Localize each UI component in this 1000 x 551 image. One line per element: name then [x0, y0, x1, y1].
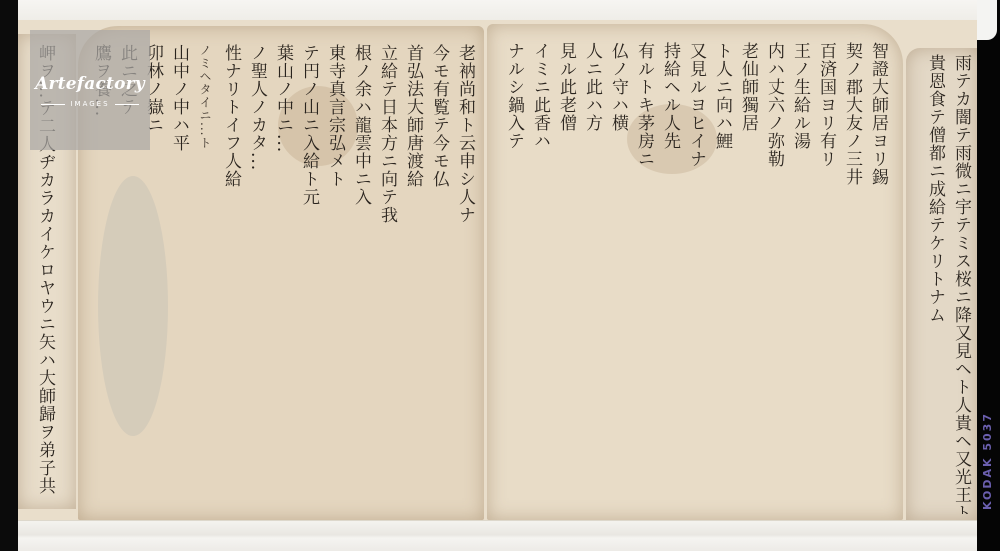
manuscript-column: 東寺真言宗弘メト	[322, 44, 348, 494]
watermark-rule-right	[115, 104, 139, 105]
manuscript-column: 老衲尚和ト云申シ人ナ	[452, 44, 478, 464]
left-black-border	[0, 0, 18, 551]
mount-top-edge	[18, 0, 977, 20]
film-edge-label: KODAK 5037	[981, 330, 995, 510]
manuscript-column: ナルシ鍋入テ	[501, 42, 527, 492]
artefactory-watermark: Artefactory IMAGES	[30, 30, 150, 150]
manuscript-column: テ円ノ山ニ入給ト元	[296, 44, 322, 494]
manuscript-column: 見ル此老僧	[553, 42, 579, 492]
manuscript-column: 今モ有覧テ今モ仏	[426, 44, 452, 484]
manuscript-column: 内ハ丈六ノ弥勒	[761, 42, 787, 492]
manuscript-column: ノミヘタイニ...ト	[192, 44, 218, 494]
manuscript-column: 持給ヘル人先	[657, 42, 683, 492]
manuscript-column: 人ニ此ハ方	[579, 42, 605, 492]
manuscript-column: 有ルトキ茅房ニ	[631, 42, 657, 492]
manuscript-column: 首弘法大師唐渡給	[400, 44, 426, 494]
manuscript-sheet-right: 智證大師居ヨリ錫 契ノ郡大友ノ三井 百済国ヨリ有リ 王ノ生給ル湯 内ハ丈六ノ弥勒…	[487, 24, 903, 520]
manuscript-column: 契ノ郡大友ノ三井	[839, 42, 865, 492]
manuscript-column: ト人ニ向ハ鯉	[709, 42, 735, 492]
manuscript-column: 山中ノ中ハ平	[166, 44, 192, 494]
manuscript-column: 立給テ日本方ニ向テ我	[374, 44, 400, 494]
film-corner	[977, 0, 997, 40]
manuscript-column: 百済国ヨリ有リ	[813, 42, 839, 492]
manuscript-column: イミニ此香ハ	[527, 42, 553, 492]
manuscript-column: 仏ノ守ハ横	[605, 42, 631, 492]
manuscript-column: 智證大師居ヨリ錫	[865, 42, 891, 472]
mount-bottom-edge	[18, 520, 977, 551]
manuscript-fragment-far-right: 雨テカ闇テ雨微ニ宇テミス桜ニ降又見ヘト人貴ヘ又光王ト賢人 貴恩食テ僧都ニ成給テケ…	[906, 48, 978, 520]
manuscript-column: ノ聖人ノカタ...	[244, 44, 270, 494]
manuscript-column: 葉山ノ中ニ...	[270, 44, 296, 494]
manuscript-column: 王ノ生給ル湯	[787, 42, 813, 492]
manuscript-column: 老仙師獨居	[735, 42, 761, 492]
film-edge: KODAK 5037	[977, 0, 1000, 551]
watermark-title: Artefactory	[30, 74, 150, 94]
manuscript-column: 雨テカ闇テ雨微ニ宇テミス桜ニ降又見ヘト人貴ヘ又光王ト賢人	[948, 54, 974, 514]
manuscript-column: 性ナリトイフ人給	[218, 44, 244, 494]
manuscript-column: 貴恩食テ僧都ニ成給テケリトナム	[922, 54, 948, 354]
manuscript-column: 又見ルヨヒイナ	[683, 42, 709, 492]
manuscript-column: 根ノ余ハ龍雲中ニ入	[348, 44, 374, 494]
